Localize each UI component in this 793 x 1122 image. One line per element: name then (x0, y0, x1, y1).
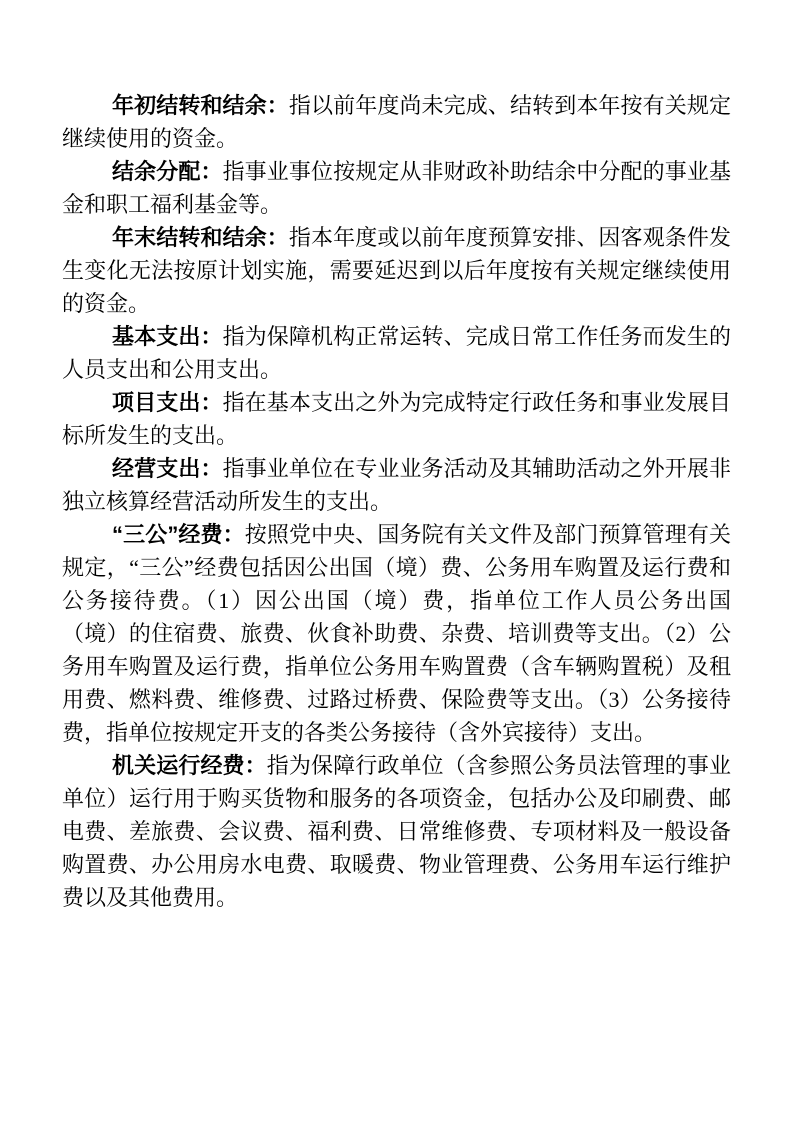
definition-paragraph: 经营支出：指事业单位在专业业务活动及其辅助活动之外开展非独立核算经营活动所发生的… (62, 452, 731, 518)
definition-paragraph: “三公”经费：按照党中央、国务院有关文件及部门预算管理有关规定，“三公”经费包括… (62, 518, 731, 749)
term-label: 年末结转和结余： (112, 225, 289, 250)
term-label: 结余分配： (112, 159, 223, 184)
term-label: 年初结转和结余： (112, 93, 289, 118)
definition-paragraph: 结余分配：指事业事位按规定从非财政补助结余中分配的事业基金和职工福利基金等。 (62, 155, 731, 221)
document-page: 年初结转和结余：指以前年度尚未完成、结转到本年按有关规定继续使用的资金。 结余分… (0, 0, 793, 1122)
definition-paragraph: 项目支出：指在基本支出之外为完成特定行政任务和事业发展目标所发生的支出。 (62, 386, 731, 452)
term-definition: 按照党中央、国务院有关文件及部门预算管理有关规定，“三公”经费包括因公出国（境）… (62, 522, 731, 745)
term-label: 项目支出： (112, 390, 223, 415)
definition-paragraph: 基本支出：指为保障机构正常运转、完成日常工作任务而发生的人员支出和公用支出。 (62, 320, 731, 386)
term-label: “三公”经费： (112, 522, 245, 547)
definition-paragraph: 年末结转和结余：指本年度或以前年度预算安排、因客观条件发生变化无法按原计划实施，… (62, 221, 731, 320)
term-label: 基本支出： (112, 324, 223, 349)
definition-paragraph: 年初结转和结余：指以前年度尚未完成、结转到本年按有关规定继续使用的资金。 (62, 89, 731, 155)
definition-paragraph: 机关运行经费：指为保障行政单位（含参照公务员法管理的事业单位）运行用于购买货物和… (62, 749, 731, 914)
term-label: 机关运行经费： (112, 753, 267, 778)
term-label: 经营支出： (112, 456, 223, 481)
